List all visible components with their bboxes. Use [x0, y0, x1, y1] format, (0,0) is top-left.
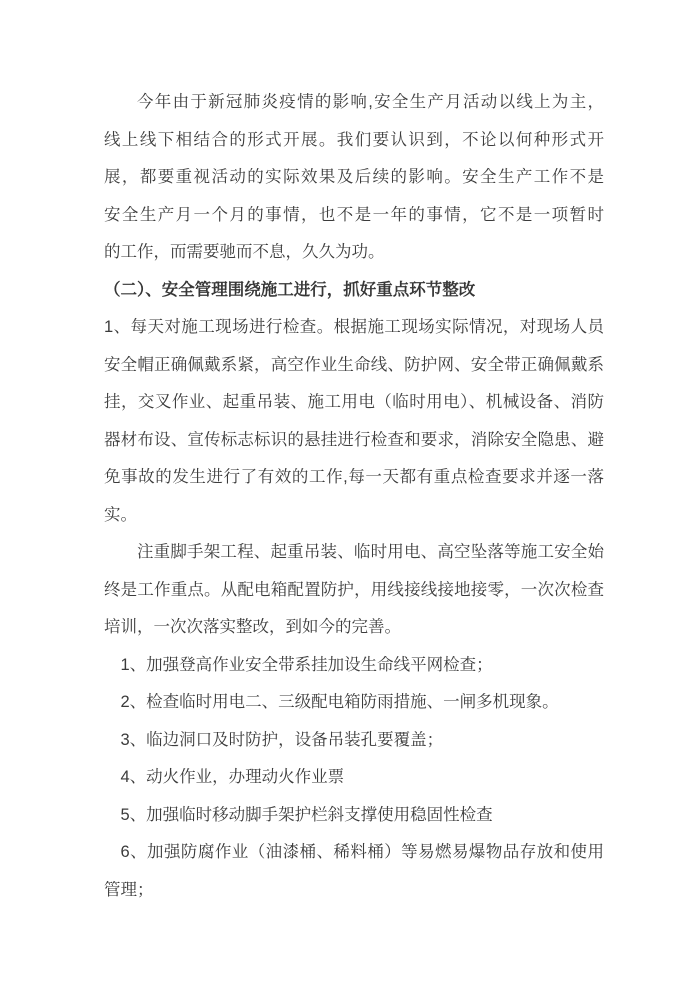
text-line: 器材布设、宣传标志标识的悬挂进行检查和要求，消除安全隐患、避 [104, 422, 604, 460]
text-line: 管理； [104, 872, 604, 910]
list-item-3: 3、临边洞口及时防护，设备吊装孔要覆盖； [104, 722, 604, 760]
text-line: 安全生产月一个月的事情，也不是一年的事情，它不是一项暂时 [104, 197, 604, 235]
text-line: 3、临边洞口及时防护，设备吊装孔要覆盖； [104, 722, 604, 760]
text-line: 今年由于新冠肺炎疫情的影响,安全生产月活动以线上为主， [104, 84, 604, 122]
text-line: 实。 [104, 497, 604, 535]
list-item-5: 5、加强临时移动脚手架护栏斜支撑使用稳固性检查 [104, 797, 604, 835]
document-page: 今年由于新冠肺炎疫情的影响,安全生产月活动以线上为主，线上线下相结合的形式开展。… [0, 0, 700, 990]
paragraph-intro: 今年由于新冠肺炎疫情的影响,安全生产月活动以线上为主，线上线下相结合的形式开展。… [104, 84, 604, 272]
text-line: 注重脚手架工程、起重吊装、临时用电、高空坠落等施工安全始 [104, 534, 604, 572]
list-item-1: 1、加强登高作业安全带系挂加设生命线平网检查； [104, 647, 604, 685]
list-item-6: 6、加强防腐作业（油漆桶、稀料桶）等易燃易爆物品存放和使用管理； [104, 834, 604, 909]
section-heading: （二）、安全管理围绕施工进行，抓好重点环节整改 [104, 272, 604, 310]
text-line: 6、加强防腐作业（油漆桶、稀料桶）等易燃易爆物品存放和使用 [104, 834, 604, 872]
list-item-2: 2、检查临时用电二、三级配电箱防雨措施、一闸多机现象。 [104, 684, 604, 722]
text-line: 1、每天对施工现场进行检查。根据施工现场实际情况，对现场人员 [104, 309, 604, 347]
text-line: 5、加强临时移动脚手架护栏斜支撑使用稳固性检查 [104, 797, 604, 835]
text-line: 挂，交叉作业、起重吊装、施工用电（临时用电）、机械设备、消防 [104, 384, 604, 422]
text-line: 安全帽正确佩戴系紧，高空作业生命线、防护网、安全带正确佩戴系 [104, 347, 604, 385]
text-line: 1、加强登高作业安全带系挂加设生命线平网检查； [104, 647, 604, 685]
text-line: 的工作，而需要驰而不息，久久为功。 [104, 234, 604, 272]
text-line: 免事故的发生进行了有效的工作,每一天都有重点检查要求并逐一落 [104, 459, 604, 497]
text-line: 展，都要重视活动的实际效果及后续的影响。安全生产工作不是 [104, 159, 604, 197]
text-line: 线上线下相结合的形式开展。我们要认识到，不论以何种形式开 [104, 122, 604, 160]
paragraph-daily-inspection: 1、每天对施工现场进行检查。根据施工现场实际情况，对现场人员安全帽正确佩戴系紧，… [104, 309, 604, 534]
text-line: 2、检查临时用电二、三级配电箱防雨措施、一闸多机现象。 [104, 684, 604, 722]
paragraph-key-points: 注重脚手架工程、起重吊装、临时用电、高空坠落等施工安全始终是工作重点。从配电箱配… [104, 534, 604, 647]
text-line: 终是工作重点。从配电箱配置防护，用线接线接地接零，一次次检查 [104, 572, 604, 610]
text-line: （二）、安全管理围绕施工进行，抓好重点环节整改 [104, 272, 604, 310]
list-item-4: 4、动火作业，办理动火作业票 [104, 759, 604, 797]
text-line: 4、动火作业，办理动火作业票 [104, 759, 604, 797]
text-line: 培训，一次次落实整改，到如今的完善。 [104, 609, 604, 647]
